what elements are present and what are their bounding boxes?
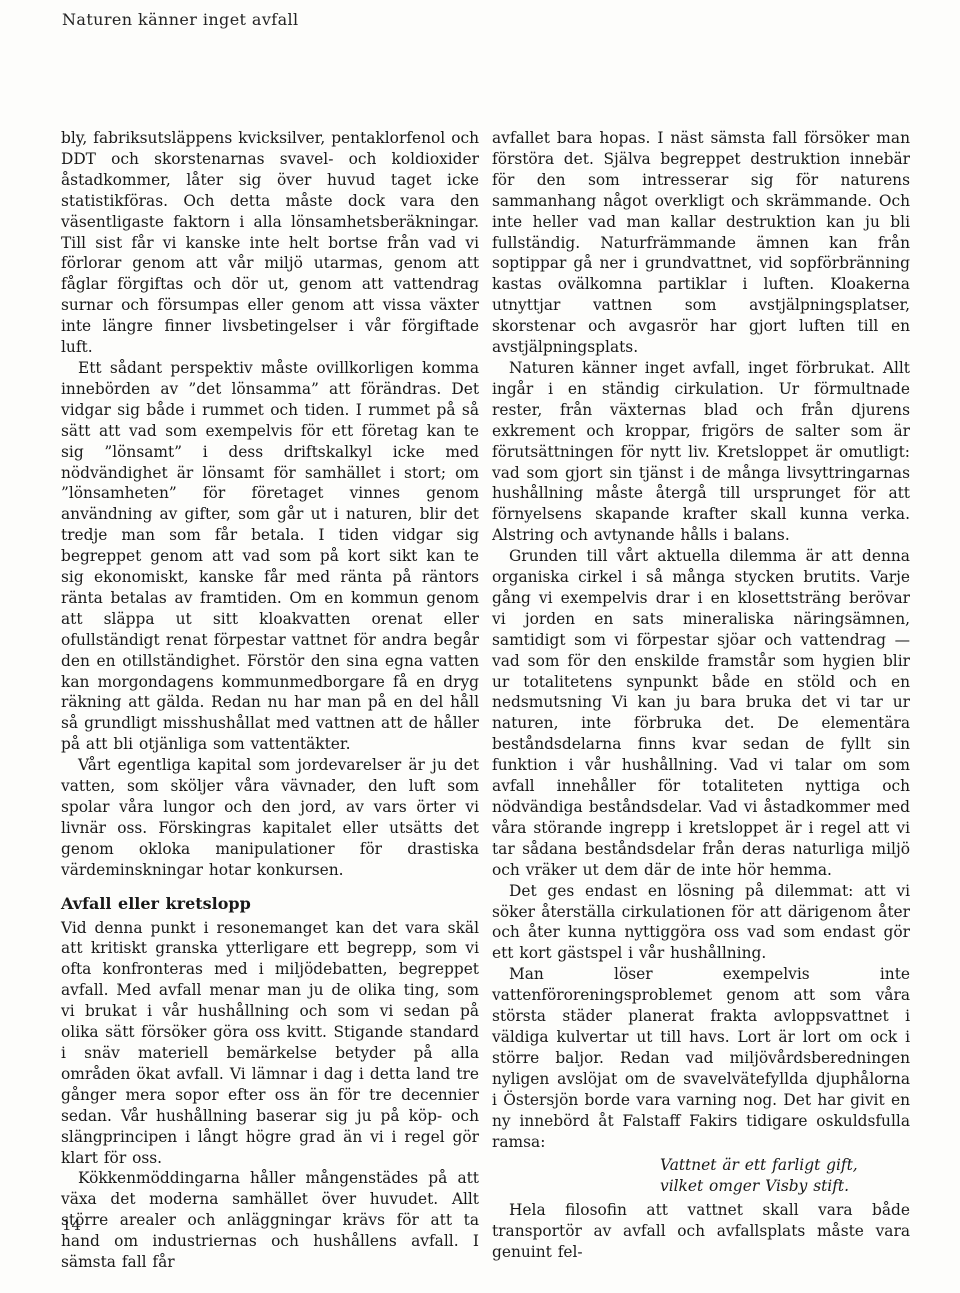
paragraph: Ett sådant perspektiv måste ovillkorlige… <box>61 358 479 755</box>
text-columns: bly, fabriksutsläppens kvicksilver, pent… <box>61 128 910 1273</box>
running-head: Naturen känner inget avfall <box>62 10 299 29</box>
verse-line: Vattnet är ett farligt gift, <box>660 1155 910 1176</box>
right-column: avfallet bara hopas. I näst sämsta fall … <box>492 128 910 1273</box>
paragraph: Naturen känner inget avfall, inget förbr… <box>492 358 910 546</box>
paragraph: Det ges endast en lösning på dilemmat: a… <box>492 881 910 965</box>
section-heading: Avfall eller kretslopp <box>61 894 479 915</box>
paragraph: Vårt egentliga kapital som jordevarelser… <box>61 755 479 880</box>
paragraph: Kökkenmöddingarna håller mångenstädes på… <box>61 1168 479 1273</box>
book-page: Naturen känner inget avfall bly, fabriks… <box>0 0 960 1293</box>
paragraph: Grunden till vårt aktuella dilemma är at… <box>492 546 910 881</box>
verse-line: vilket omger Visby stift. <box>660 1176 910 1197</box>
left-column: bly, fabriksutsläppens kvicksilver, pent… <box>61 128 479 1273</box>
paragraph: avfallet bara hopas. I näst sämsta fall … <box>492 128 910 358</box>
verse-quote: Vattnet är ett farligt gift, vilket omge… <box>492 1155 910 1197</box>
page-number: 14 <box>62 1216 81 1234</box>
paragraph: Hela filosofin att vattnet skall vara bå… <box>492 1200 910 1263</box>
paragraph: bly, fabriksutsläppens kvicksilver, pent… <box>61 128 479 358</box>
paragraph: Vid denna punkt i resonemanget kan det v… <box>61 918 479 1169</box>
paragraph: Man löser exempelvis inte vattenföroreni… <box>492 964 910 1152</box>
